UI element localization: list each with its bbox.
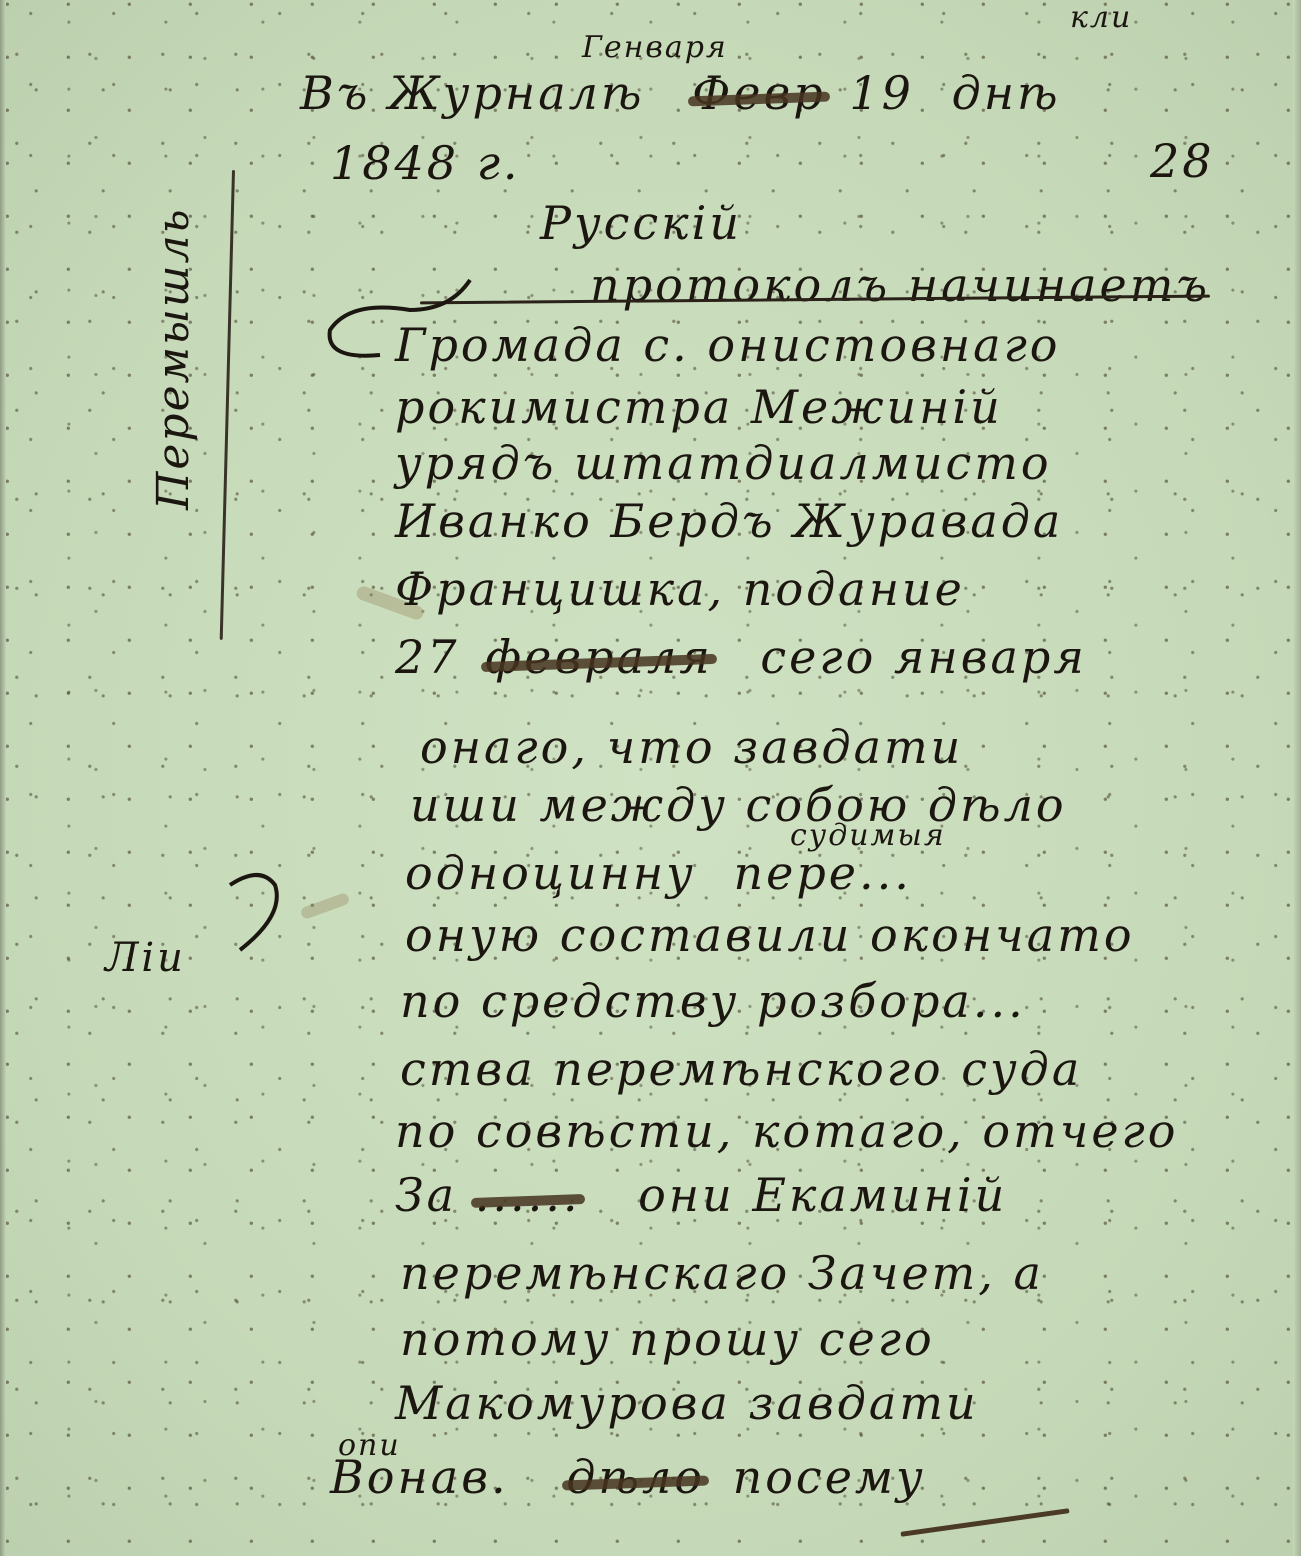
body-line-10: оную составили окончато [405, 908, 1135, 962]
body-line-15: перемѣнскаго Зачет, а [400, 1246, 1044, 1300]
body-line-6: 27 февраля сего января [395, 630, 1087, 684]
header-line-1: Въ Журналѣ Февр 19 днѣ [300, 66, 1061, 120]
header-line-2: 1848 г. [330, 136, 521, 190]
header-suffix: днѣ [952, 66, 1061, 120]
body-line-7: онаго, что завдати [420, 720, 963, 774]
body-line-4: Иванко Бердъ Журавада [395, 494, 1063, 548]
header-day: 19 [849, 66, 914, 120]
margin-side-note: Ліи [105, 935, 186, 981]
crossed-word: февраля [485, 630, 713, 684]
paper-edge-left [0, 0, 6, 1556]
closing-stroke [900, 1508, 1069, 1537]
body-line-16: потому прошу сего [400, 1312, 935, 1366]
bracket-mark [220, 865, 290, 955]
body-line-18: Вонав. дѣло посему [330, 1450, 926, 1504]
margin-vertical-note: Перемышль [148, 207, 199, 510]
body-line-17: Макомурова завдати [395, 1376, 979, 1430]
body-line-12: ства перемѣнского суда [400, 1042, 1082, 1096]
fiber-stain [299, 892, 350, 920]
title-line-2: протоколъ начинаетъ [590, 258, 1210, 312]
body-line-9: одноцинну пере... [405, 846, 912, 900]
body-line-8: иши между собою дѣло [410, 778, 1067, 832]
header-prefix: Въ Журналѣ [300, 66, 645, 120]
header-month-correction: Генваря [582, 30, 728, 65]
header-year: 1848 г. [330, 136, 521, 190]
paper-edge-right [1293, 0, 1301, 1556]
body-line-13: по совѣсти, котаго, отчего [395, 1104, 1179, 1158]
body-line-5: Францишка, подание [395, 562, 965, 616]
body-line-14: За ...... они Екаминій [395, 1168, 1007, 1222]
header-superscript: кли [1070, 0, 1132, 35]
margin-rule [220, 170, 235, 640]
body-line-11: по средству розбора... [400, 974, 1026, 1028]
header-month-crossed: Февр [692, 66, 826, 120]
body-line-1: Громада с. онистовнаго [395, 318, 1061, 372]
body-line-3: урядъ штатдиалмисто [395, 436, 1052, 490]
crossed-word: дѣло [566, 1450, 705, 1504]
crossed-word: ...... [475, 1168, 581, 1222]
title-line-1: Русскій [540, 196, 742, 250]
header-number: 28 [1150, 134, 1215, 188]
body-line-2: рокимистра Межиній [395, 380, 1003, 434]
